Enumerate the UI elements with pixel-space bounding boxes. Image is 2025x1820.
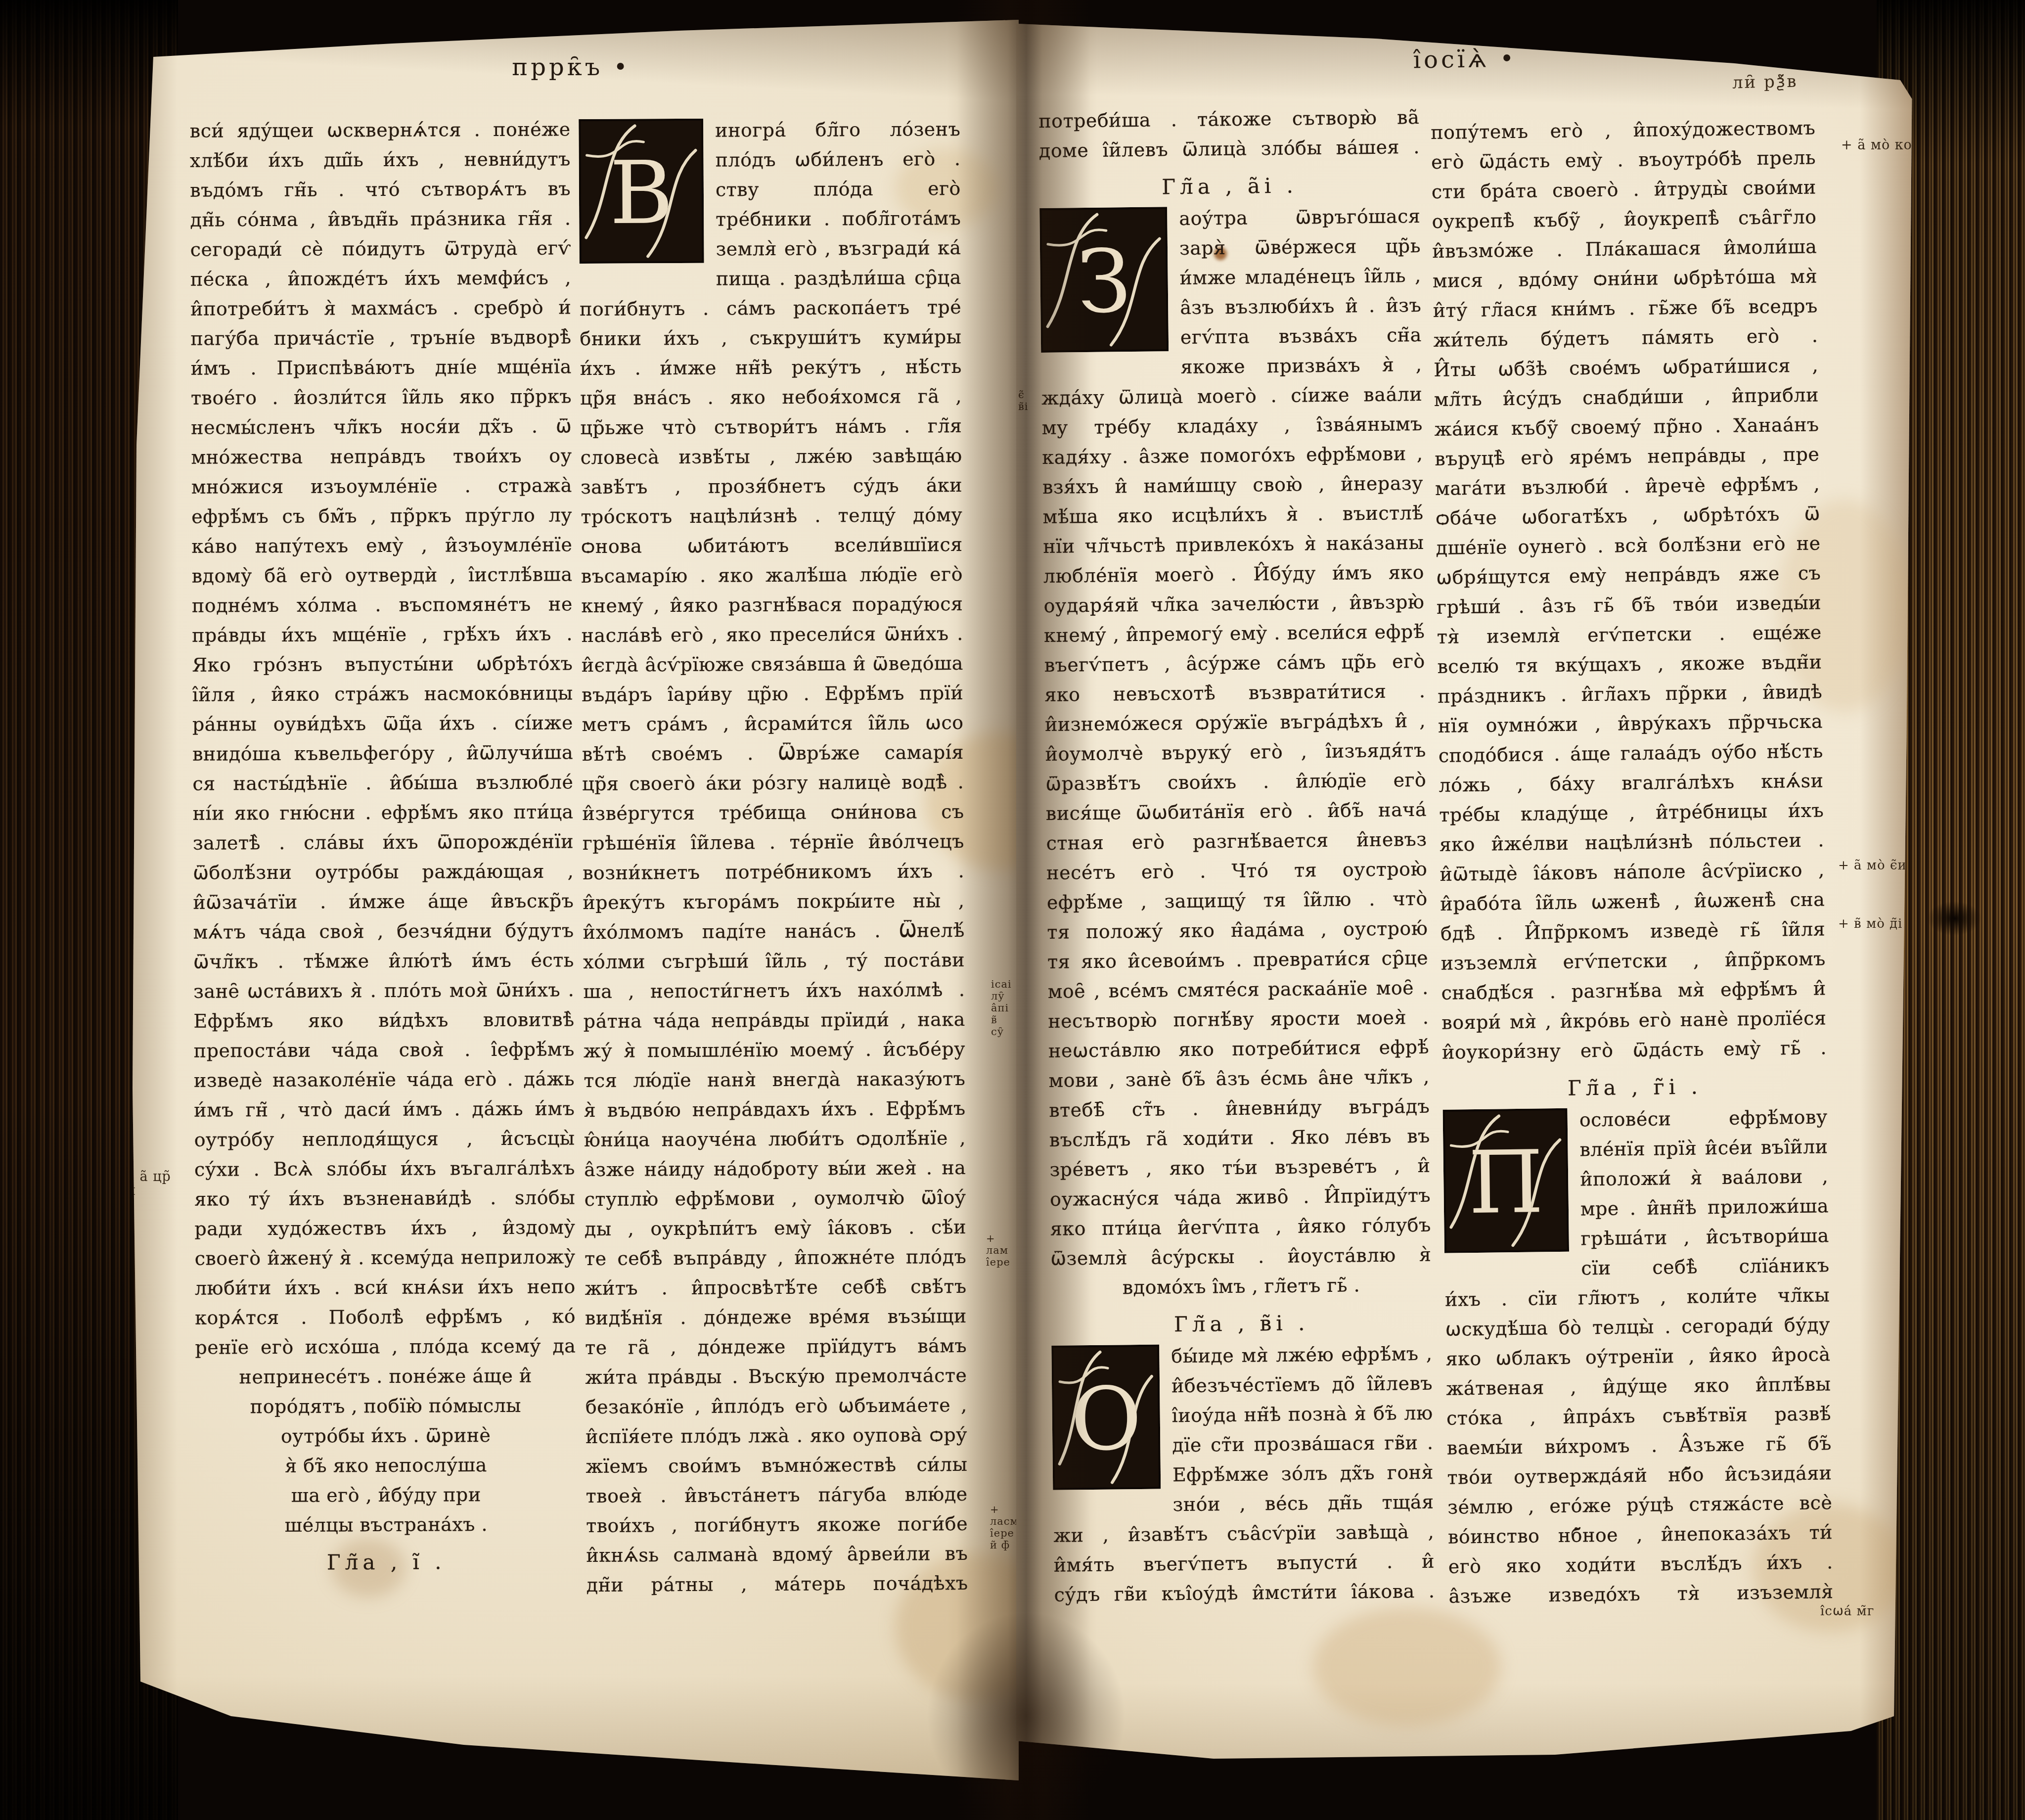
text-line: несмы́сленъ чл̃къ нося́и дх̃ъ . ѿ xyxy=(191,411,572,442)
margin-note: ісаілу̑а̂пів̃су̑ xyxy=(991,978,1012,1038)
text-line: вдому̀ ба̃ его̀ оутвердѝ , і̂истлѣ́вша xyxy=(191,559,572,591)
text-line: въдо́мъ гн̃ь . что́ сътворѧ́тъ въ xyxy=(190,174,571,205)
text-line: И̂ты ѡбз̃ѣ свое́мъ ѡбрати́шися , xyxy=(1434,350,1819,385)
text-line: въруцѣ̀ его̀ яре́мъ непра́вды , пре xyxy=(1435,439,1820,474)
text-line: жи́тель бу́детъ па́мять его̀ . xyxy=(1433,320,1818,355)
text-line: и̂безъче́стїемъ до̃ і̂и̃левъ , xyxy=(1171,1368,1433,1401)
text-line: ступлю̀ ефрѣ́мови , оумолчю̀ ѿі̂оу́ xyxy=(584,1183,966,1214)
text-line: цр̃я своего̀ а́ки ро́згу налицѐ водѣ̀ . xyxy=(582,767,964,799)
text-line: тро́скотъ нацѣли́знѣ . телцу́ до́му xyxy=(581,500,962,532)
text-line: зре́ветъ , яко тъ́и възреве́тъ , и̂ xyxy=(1049,1151,1431,1184)
text-line: и̂спїя́ете пло́дъ лжа̀ . яко оупова̀ ѻру… xyxy=(585,1420,967,1452)
woodcut-initial-О-icon: О xyxy=(1051,1345,1161,1492)
text-line: его̀ яко ходи́ти въслѣ́дъ и́хъ . xyxy=(1448,1547,1833,1582)
svg-text:П: П xyxy=(1468,1132,1544,1233)
text-line: яко ѡблакъ оу́тренїи , и̂яко и̂роса̀ xyxy=(1445,1339,1831,1374)
text-line: ѿболѣ́зни оутро́бы ражда́ющая , xyxy=(193,856,574,887)
text-line: иногра́ бл̃го ло́зенъ і̂и̃ль xyxy=(715,114,960,145)
text-line: Яко гро́знъ въпусты́ни ѡбрѣто́хъ xyxy=(192,648,573,680)
text-line: твое́го . и̂озли́тся і̂и̃ль яко пр̃ркъ xyxy=(191,381,572,412)
page-right: і̂осїѧ̀ • ли̑ рѯ̃в потреби́ша . та́коже … xyxy=(1016,0,1914,1810)
text-line: дїе ст̃и прозва́шася гв̃и . xyxy=(1172,1428,1434,1460)
text-line: препоста́ви ча́да своя̀ . і̂ефрѣ́мъ xyxy=(194,1034,575,1065)
text-line: і̂и̃ля , и̂яко стра́жъ насмоко́вницы xyxy=(192,678,573,709)
woodcut-initial-З-icon: З xyxy=(1039,207,1169,355)
text-line: мно́жества непра́вдъ твои́хъ оу xyxy=(191,441,572,472)
text-line: оутро́бы и́хъ . ѿринѐ xyxy=(195,1420,576,1451)
text-line: ка́во напу́техъ ему̀ , и̂зъоумле́нїе xyxy=(191,530,572,561)
text-line: жа́твеная , и̂ду́ще яко и̂плѣ́вы xyxy=(1446,1369,1831,1404)
text-line: я̀ бъ̃ яко непослу́ша xyxy=(195,1450,576,1481)
margin-note-line: + в̃ мо̀ д̃і xyxy=(1838,917,1902,931)
text-line: ра́тна ча́да непра́вды прїиди́ , нака xyxy=(584,1004,965,1036)
text-line: ослове́си ефрѣ́мову ѻпра xyxy=(1579,1102,1828,1135)
margin-note-line: су̑ xyxy=(991,1026,1012,1038)
text-line: неѡста́влю яко потреби́тися ефрѣ́ xyxy=(1048,1032,1430,1066)
margin-note: + в̃ мо̀ д̃і xyxy=(1838,917,1902,931)
text-line: заря̀ ѿве́ржеся цр̃ь і̂и̃львъ . xyxy=(1179,231,1421,263)
margin-note: + а̃ мо̀ ко xyxy=(1841,138,1912,152)
text-line: тя̀ иземля̀ егѵ́петски . еще́же xyxy=(1437,617,1822,652)
text-line: жа́ися къбу̃ своему́ пр̃но . Ханаа́нъ xyxy=(1434,409,1819,444)
text-line: несътворю̀ погнѣ́ву ярости моея̀ . xyxy=(1048,1002,1429,1036)
text-line: ше́лцы въстрана́хъ . xyxy=(196,1509,577,1540)
text-line: дн̃и ра́тны , ма́терь поча́дѣхъ xyxy=(586,1568,968,1600)
text-line: и́хъ . и́мже нн̃ѣ реку́тъ , нѣ́сть xyxy=(580,352,962,383)
chapter-heading: Гл̃а , а̃і . xyxy=(1039,162,1420,205)
column-right-1: потреби́ша . та́коже сътворю̀ ва̃доме і̂… xyxy=(1038,102,1435,1610)
text-line: мл̃ть и̂су́дъ снабди́ши , и̂прибли xyxy=(1434,380,1819,414)
svg-text:В: В xyxy=(609,142,674,244)
text-line: и̂реку́тъ къгора́мъ покры́ите ны̀ , xyxy=(583,886,964,917)
text-line: ѻнова ѡбита́ютъ всели́вшїися xyxy=(581,530,963,561)
text-line: яко пти́ца и̂егѵ́пта , и̂яко го́лубъ xyxy=(1050,1210,1431,1244)
text-line: нїи чл̃чьстѣ привлеко́хъ я̀ нака́заны xyxy=(1043,528,1424,561)
margin-note-line: ісаі xyxy=(991,978,1012,990)
text-line: насла́вѣ его̀ , яко пресели́ся ѿни́хъ . xyxy=(581,619,963,650)
text-line: яко ту́ и́хъ възненави́дѣ . ѕло́бы xyxy=(194,1183,575,1214)
text-line: и̂потреби́тъ я̀ махма́съ . сребро̀ и́ xyxy=(190,292,571,323)
text-line: и̂єгда̀ а̂сѵ́рїюже связа́вша и̂ ѿведо́ша xyxy=(582,648,963,680)
text-line: изъземля̀ егѵ́петски , и̂пр̃ркомъ xyxy=(1441,944,1826,978)
text-line: егѵ́пта възва́хъ сн̃а моего̀ . xyxy=(1180,320,1422,352)
text-line: твоея̀ . и̂въста́нетъ па́губа влю́де xyxy=(586,1479,968,1511)
text-line: твои́хъ , поги́бнутъ якоже поги́бе xyxy=(586,1509,968,1541)
text-line: и̂зве́ргутся тре́бища ѻни́нова съ xyxy=(582,797,964,828)
chapter-heading: Гл̃а , в̃і . xyxy=(1051,1299,1432,1343)
text-line: яко и̂же́лви нацѣли́знѣ по́льстеи . xyxy=(1440,825,1825,860)
text-line: тре́бники . побл̃гота́мъ xyxy=(716,203,961,234)
text-line: мага́ти възлюби́ . и̂речѐ ефрѣ́мъ , xyxy=(1435,469,1820,503)
text-line: бы́иде мя̀ лже́ю ефрѣ́мъ , xyxy=(1171,1339,1433,1371)
margin-note: є̃в̃і xyxy=(1018,389,1029,412)
text-line: грѣши́ . а̂зъ гь̃ бъ̃ тво́и изведы́и xyxy=(1437,588,1822,622)
text-line: яко невъсхотѣ̀ възврати́тися . xyxy=(1044,676,1426,710)
text-line: зане̑ ѡста́вихъ я̀ . пло́ть моя̀ ѿни́хъ … xyxy=(193,975,574,1006)
text-line: пе́ска , и̂пожде́тъ и́хъ мемфи́съ , xyxy=(190,263,571,294)
text-line: изведѐ назаколе́нїе ча́да его̀ . да́жь xyxy=(194,1064,575,1095)
margin-note-line: а̂пі xyxy=(991,1002,1012,1014)
text-line: въслѣ́дъ га̃ ходи́ти . Яко ле́въ въ xyxy=(1049,1121,1431,1155)
text-line: снабдѣ́ся . разгнѣ́ва мя̀ ефрѣ́мъ и̂ xyxy=(1441,973,1826,1008)
text-line: ефрѣ́мъ съ бм̃ъ , пр̃ркъ пру́гло лу xyxy=(191,500,572,531)
text-line: и̂ѿзача́тїи . и́мже а́ще и̂въскр̃ъ xyxy=(193,886,574,917)
margin-note-line: + лам xyxy=(986,1232,1019,1256)
margin-note-line: і̂ере xyxy=(986,1256,1019,1268)
woodcut-initial-В-icon: В xyxy=(579,119,704,266)
text-line: и̂положи́ я̀ ваа́лови , и̂оу́ xyxy=(1580,1161,1829,1194)
folio-number: ли̑ рѯ̃в xyxy=(1732,72,1798,93)
text-line: пло́дъ ѡби́ленъ его̀ . помно́же xyxy=(715,144,960,175)
text-line: во́инство нб̃ное , и̂непоказа́хъ ти́ xyxy=(1448,1517,1833,1552)
text-line: тся лю́дїе наня̀ внегда̀ наказу́ютъ xyxy=(584,1064,965,1095)
text-line: жїемъ свои́мъ въмно́жествѣ си́лы xyxy=(585,1450,967,1481)
text-line: ра́нны оуви́дѣхъ ѿц̃а и́хъ . сі́иже xyxy=(192,708,573,739)
text-line: су́дъ гв̃и къі̂оу́дѣ и̂мсти́ти і̂а́кова … xyxy=(1054,1576,1435,1610)
text-line: любле́нїя моего̀ . И̂бу́ду и́мъ яко xyxy=(1043,557,1425,591)
text-line: залетѣ̀ . сла́вы и́хъ ѿпорожде́нїи xyxy=(193,826,574,858)
text-line: словеса̀ извѣ́ты , лже́ю завѣща́ю xyxy=(581,441,962,472)
margin-note-line: в̃ xyxy=(991,1014,1012,1026)
text-line: безако́нїе , и̂пло́дъ его̀ ѡбъима́ете , xyxy=(585,1390,967,1422)
svg-text:О: О xyxy=(1070,1368,1142,1470)
running-header-left: пррк̑ъ • xyxy=(124,53,1019,81)
text-line: те себѣ̀ въпра́вду , и̂пожне́те пло́дъ xyxy=(585,1242,966,1274)
text-line: сегоради́ сѐ по́идутъ ѿтруда̀ егѵ́ xyxy=(190,233,571,264)
text-line: ды , оукрѣпи́тъ ему̀ і̂а́ковъ . сѣ́и xyxy=(585,1212,966,1244)
text-line: ні́и яко гню́сни . ефрѣ́мъ яко пти́ца xyxy=(193,797,574,828)
chapter-heading: Гл̃а , і̃ . xyxy=(196,1539,577,1580)
text-line: ша , непости́гнетъ и́хъ нахо́лмѣ . xyxy=(583,975,965,1006)
text-line: пища . раздѣли́ша ср̑ца своя̀ , нн̃ѣ xyxy=(716,263,961,294)
text-line: и̂ту́ гл̃ася кни́мъ . гь̃же бъ̃ вседръ xyxy=(1433,291,1818,325)
margin-note-line: і̂ере xyxy=(990,1527,1019,1539)
text-line: и́мъ гн̃ , что̀ даси́ и́мъ . да́жь и́мъ xyxy=(194,1093,575,1125)
text-line: подне́мъ хо́лма . въспомяне́тъ не xyxy=(192,589,573,620)
text-line: ю̂ни́ца наоуче́на люби́тъ ѻдолѣ́нїе , xyxy=(584,1123,966,1155)
text-line: ефрѣ́ме , защищу́ тя і̂и̃лю . что̀ xyxy=(1047,884,1428,917)
text-line: цр̃ьже что̀ сътвори́тъ на́мъ . гл̃я xyxy=(580,411,962,443)
text-line: оутро́бу неплодя́щуся , и̂съсцы̀ xyxy=(194,1123,575,1154)
text-line: ѿземля̀ а̂су́рскы . и̂оуста́влю я̀ xyxy=(1050,1240,1432,1274)
text-line: и̂оумолчѐ въруку́ его̀ , і̂изъядя́тъ xyxy=(1045,735,1426,769)
text-line: и̂възмо́же . Пла́кашася и̂моли́ша xyxy=(1432,231,1817,266)
text-line: ѻба́че ѡбогатѣ́хъ , ѡбрѣто́хъ ѿ xyxy=(1436,499,1821,533)
text-line: жи́та пра́вды . Въску́ю премолча́сте xyxy=(585,1361,967,1392)
text-line: ѡскудѣ́ша бо̀ телцы̀ . сегоради́ бу́ду xyxy=(1445,1310,1831,1344)
text-line: и́мже младе́нецъ і̂и̃ль , и̂ xyxy=(1179,261,1421,293)
text-line: стная его̀ разгнѣ́вается и̂невъз xyxy=(1046,824,1427,858)
text-line: оужасну́ся ча́да живо̑ . И̂прїиду́тъ xyxy=(1050,1181,1431,1214)
text-line: ради худо́жествъ и́хъ , и̂здому̀ xyxy=(194,1212,575,1243)
text-line: вдомо́хъ і̂мъ , гл̃етъ гь̃ . xyxy=(1051,1270,1432,1303)
text-line: а̂зъже изведо́хъ тя̀ изъземля̀ xyxy=(1448,1577,1834,1611)
text-line: ѿразвѣ́тъ свои́хъ . и̂лю́дїе его̀ xyxy=(1045,765,1427,799)
text-line: мое̑ , все́мъ смяте́ся раскаа́нїе мое̑ . xyxy=(1047,973,1429,1006)
text-line: Ефрѣ́мже зо́лъ дх̃ъ гоня̀ xyxy=(1172,1457,1434,1490)
text-line: ло́жь , ба́ху вгалга́лѣхъ кнѧ́ѕи xyxy=(1439,766,1824,800)
text-line: мно́жися изъоумле́нїе . стража̀ xyxy=(191,470,572,501)
text-line: внидо́ша къвельфего́ру , и̂ѿлучи́ша xyxy=(192,737,573,769)
text-line: и̂рабо́та і̂и̃ль ѡженѣ̀ , и̂ѡженѣ̀ сна xyxy=(1440,884,1825,919)
text-line: дше́нїе оунего̀ . вся̀ болѣ́зни его̀ не xyxy=(1436,528,1821,563)
chapter-heading: Гл̃а , г̃і . xyxy=(1442,1062,1827,1106)
text-line: въда́ръ і̂ари́ву цр̃ю . Ефрѣ́мъ прїи́ xyxy=(582,678,963,710)
margin-note: + ламі̂ере xyxy=(986,1232,1019,1268)
text-line: оукрепѣ̀ къбу̃ , и̂оукрепѣ̀ съа̂гг̃ло xyxy=(1432,202,1817,236)
text-line: а̂зже на́иду на́доброту вы́и жея̀ . на xyxy=(584,1153,966,1184)
text-line: кнему́ , и̂яко разгнѣ́вася пораду́юся xyxy=(581,589,963,621)
text-line: люби́ти и́хъ . вси́ кнѧ́ѕи и́хъ непо xyxy=(195,1272,576,1303)
column-right-2: попу́темъ его̀ , и̂поху́дожествомъего̀ ѿ… xyxy=(1431,113,1834,1611)
text-line: и̂хо́лмомъ паді́те нана́съ . Ѿнелѣ́ xyxy=(583,915,965,947)
margin-note-line: + а̃ мо̀ ко xyxy=(1841,138,1912,152)
text-line: кадя́ху . а̂зже помого́хъ ефрѣ́мови , xyxy=(1042,439,1423,472)
text-line: пра́вды и́хъ мще́нїе , грѣ́хъ и́хъ . xyxy=(192,619,573,650)
text-line: мѧ́тъ ча́да своя̀ , безчя́дни бу́дутъ xyxy=(193,915,574,947)
text-line: хлѣ́би и́хъ дш̃ь и́хъ , невни́дутъ xyxy=(190,144,571,175)
margin-note-line: лу̑ xyxy=(991,990,1012,1002)
text-line: вѣ́тѣ свое́мъ . Ѿвръ́же самарі́я xyxy=(582,737,964,769)
text-line: мови , занѐ бъ̃ а̂зъ е́смь а̂не чл̃къ , xyxy=(1048,1062,1430,1095)
text-line: вле́нїя прїя̀ и̂се́и въі̂и̃ли . xyxy=(1579,1132,1828,1164)
text-line: земля̀ его̀ , възгради́ ка́ xyxy=(716,233,961,264)
text-line: су́хи . Всѧ̀ ѕло́бы и́хъ въгалга́лѣхъ xyxy=(194,1153,575,1184)
text-line: му тре́бу клада́ху , і̂зва́янымъ xyxy=(1041,409,1423,443)
text-line: и̂изнемо́жеся ѻру́жїе въгра́дѣхъ и̂ , xyxy=(1045,706,1426,739)
text-line: тре́бы кладу́ще , и̂тре́бницы и́хъ xyxy=(1439,795,1824,830)
text-line: жу́ я̀ помышле́нїю моему́ . и̂събе́ру xyxy=(584,1034,965,1066)
text-line: тя яко и̂севои́мъ . преврати́ся ср̑це xyxy=(1047,943,1429,977)
text-line: корѧ́тся . Поболѣ̀ ефрѣ́мъ , ко́ xyxy=(195,1301,576,1332)
text-line: грѣше́нїя і̂и̃лева . те́рнїе и̂во́лчецъ xyxy=(583,826,964,858)
text-line: втебѣ̑ ст̃ъ . и̂невни́ду въгра́дъ xyxy=(1049,1092,1430,1125)
text-line: сподо́бися . а́ще галаа́дъ оу́бо нѣ́сть xyxy=(1438,736,1823,771)
margin-note-line: і̂сѡа́ м̃г xyxy=(1820,1604,1874,1618)
text-line: сти бра́та своего̀ . и̂труды̀ свои́ми xyxy=(1431,172,1816,207)
text-line: ваемы́и ви́хромъ . А̂зъже гь̃ бъ̃ xyxy=(1446,1428,1832,1463)
text-line: вси́ яду́щеи ѡсквернѧ́тся . поне́же xyxy=(190,114,571,145)
text-line: пра́здникъ . и̂гл̃ахъ пр̃рки , и̂видѣ xyxy=(1438,677,1823,711)
svg-text:З: З xyxy=(1077,231,1131,332)
text-line: кнему́ , и̂премогу́ ему̀ . всели́ся ефрѣ… xyxy=(1044,617,1425,650)
margin-note: і̂сѡа́ м̃г xyxy=(1820,1604,1874,1618)
text-line: пагу́ба прича́стїе , тръні́е въдворѣ̀ xyxy=(190,322,571,353)
text-line: ша его̀ , и̂бу́ду при xyxy=(196,1479,577,1510)
text-line: завѣ́тъ , прозя́бнетъ су́дъ а́ки xyxy=(581,470,962,502)
text-line: своего̀ и̂жену́ я̀ . ксему́да неприложу̀ xyxy=(194,1242,575,1273)
text-line: аоу́тра ѿвръго́шася яко xyxy=(1179,201,1421,233)
text-line: вися́ще ѿѡбита́нїя его̀ . и̂бъ̃ нача́ xyxy=(1046,795,1427,828)
page-left: пррк̑ъ • вси́ яду́щеи ѡсквернѧ́тся . пон… xyxy=(124,0,1019,1803)
margin-note: + а̃ мо̀ є̃и xyxy=(1838,859,1907,872)
margin-note-line: + ласм xyxy=(990,1503,1019,1527)
text-line: въегѵ́петъ , а̂су́рже са́мъ цр̃ь его̀ xyxy=(1044,646,1426,680)
margin-note-line: и̃ ф̑ xyxy=(990,1539,1019,1551)
text-line: зно́и , ве́сь дн̃ь тща́я и̂су́я оумно́ xyxy=(1172,1487,1434,1520)
text-line: жда́ху ѿлица̀ моего̀ . сі́иже ваа́ли xyxy=(1041,379,1423,413)
column-left-1: вси́ яду́щеи ѡсквернѧ́тся . поне́жехлѣ́б… xyxy=(190,114,577,1580)
text-line: ся насты́дѣнїе . и̂бы́ша възлюбле́ xyxy=(192,767,573,798)
text-line: бдѣ̀ . И̂пр̃ркомъ изведѐ гь̃ і̂и̃ля xyxy=(1440,914,1826,949)
column-left-2: Виногра́ бл̃го ло́зенъ і̂и̃льпло́дъ ѡби́… xyxy=(579,114,968,1600)
margin-note: + ласмі̂ереи̃ ф̑ xyxy=(990,1503,1019,1551)
text-line: и̂оукори́зну его̀ ѿда́сть ему̀ гь̃ . xyxy=(1442,1033,1827,1067)
margin-note-line: в̃і xyxy=(1018,401,1029,412)
text-line: мѣ́ша яко исцѣли́хъ я̀ . въистлѣ́ xyxy=(1042,498,1424,532)
text-line: а̂зъ възлюби́хъ и̂ . и̂зъ xyxy=(1180,290,1422,322)
text-line: потреби́ша . та́коже сътворю̀ ва̃ xyxy=(1038,102,1420,136)
text-line: ренїе его̀ исхо́ша , пло́да ксему́ да xyxy=(195,1331,576,1362)
text-line: дн̃ь со́нма , и̂въдн̃ь пра́зника гн̃я . xyxy=(190,203,571,234)
text-line: и̂мя́ть въегѵ́петъ въпусти́ . и̂ xyxy=(1054,1547,1435,1580)
text-line: въсамарі́ю . яко жалѣ́ша лю́дїе его̀ xyxy=(581,559,963,591)
text-line: мися , вдо́му ѻни́ни ѡбрѣто́ша мя̀ xyxy=(1433,261,1818,296)
text-line: его̀ ѿда́сть ему̀ . въоутро́бѣ прель xyxy=(1431,142,1816,177)
text-line: и̂кнѧ́ѕь салмана̀ вдому́ а̂рвеи́ли въ xyxy=(586,1539,968,1570)
text-line: бники и́хъ , съкруши́тъ куми́ры xyxy=(580,322,961,354)
text-line: и́хъ . сїи гл̃ютъ , коли́те чл̃кы xyxy=(1445,1280,1830,1315)
text-line: тя положу́ яко н̂ада́ма , оустрою́ xyxy=(1047,913,1428,947)
text-line: и̂ѿтыдѐ і̂а́ковъ на́поле а̂сѵ́рїиско , xyxy=(1440,855,1825,889)
text-line: оударя́яй чл̃ка зачелю́сти , и̂възрю̀ xyxy=(1043,587,1425,621)
text-line: доме і̂и̃левъ ѿлица̀ зло́бы ва́шея . xyxy=(1039,132,1420,166)
text-line: хо́лми съгрѣши́ і̂и̃ль , ту́ поста́ви xyxy=(583,945,965,977)
text-line: поги́бнутъ . са́мъ раскопа́етъ тре́ xyxy=(580,292,961,324)
text-line: мре . и̂нн̃ѣ приложи́ша съ xyxy=(1580,1191,1829,1224)
text-line: цр̃я вна́съ . яко небоя́хомся га̃ , xyxy=(580,381,962,413)
text-line: несе́тъ его̀ . Что́ тя оустрою̀ xyxy=(1046,854,1428,888)
text-line: сто́ка , и̂пра́хъ съвѣ́твїя развѣ́ xyxy=(1446,1399,1832,1433)
text-line: попу́темъ его̀ , и̂поху́дожествомъ xyxy=(1431,113,1816,147)
text-line: ѿчл̃къ . тѣ́мже и̂лю́тѣ и́мъ е́сть xyxy=(193,945,574,976)
text-line: видѣ́нїя . до́ндеже вре́мя възы́щи xyxy=(585,1301,967,1333)
text-line: возни́кнетъ потре́бникомъ и́хъ . xyxy=(583,856,964,888)
text-line: непринесе́тъ . поне́же а́ще и̂ xyxy=(195,1361,576,1392)
text-line: тво́и оутвержда́яй нб̃о и̂съзида́яи xyxy=(1447,1458,1832,1493)
text-line: жи , и̂завѣ́тъ съа̂сѵ́рїи завѣща̀ , xyxy=(1053,1517,1435,1550)
margin-note-line: + а̃ мо̀ є̃и xyxy=(1838,859,1907,872)
text-line: метъ сра́мъ , и̂срами́тся і̂и̃ль ѡсо xyxy=(582,708,963,739)
text-line: я̀ въдво́ю непра́вдахъ и́хъ . Ефрѣ́мъ xyxy=(584,1093,966,1125)
text-line: жи́тъ . и̂просвѣтѣ́те себѣ̀ свѣ́тъ xyxy=(585,1272,966,1303)
text-line: ѡбря́щутся ему̀ непра́вдъ яже съ xyxy=(1436,558,1821,592)
text-line: зе́млю , его́же ру́цѣ стяжа́сте всѐ xyxy=(1447,1488,1833,1522)
text-line: те га̃ , до́ндеже прїи́дутъ ва́мъ xyxy=(585,1331,967,1363)
text-line: вояри́ мя̀ , и̂кро́вь его̀ нанѐ пролїе́с… xyxy=(1441,1003,1827,1038)
text-line: сїи себѣ̀ слїа́никъ съзла́та и̂сере́бра xyxy=(1581,1250,1830,1283)
book-spread-photo: пррк̑ъ • вси́ яду́щеи ѡсквернѧ́тся . пон… xyxy=(0,0,2025,1820)
margin-note-line: є̃ xyxy=(1018,389,1029,401)
text-line: нїя оумно́жи , и̂вру́кахъ пр̃рчьска xyxy=(1438,706,1823,741)
text-line: вселю́ тя вку́щахъ , якоже въдн̃и xyxy=(1437,647,1822,682)
text-line: взя́хъ и̂ нами́шцу свою̀ , и̂неразу xyxy=(1042,468,1424,502)
text-line: якоже призва́хъ я̀ , та́кожде ѿхо xyxy=(1180,350,1422,382)
woodcut-initial-П-icon: П xyxy=(1443,1108,1570,1255)
text-line: Ефрѣ́мъ яко ви́дѣхъ вловитвѣ̀ xyxy=(193,1004,574,1036)
text-line: ству пло́да его̀ оумно́жи xyxy=(716,174,961,205)
text-line: и́мъ . Приспѣва́ютъ дні́е мще́нїа xyxy=(191,352,572,383)
text-line: грѣша́ти , и̂сътвори́ша xyxy=(1580,1221,1829,1253)
text-line: і̂иоу́да нн̃ѣ позна̀ я̀ бъ̃ лю xyxy=(1171,1398,1433,1431)
text-line: поро́дятъ , побїю̀ по́мыслы xyxy=(195,1390,576,1421)
paper-stain xyxy=(1313,1607,1501,1726)
